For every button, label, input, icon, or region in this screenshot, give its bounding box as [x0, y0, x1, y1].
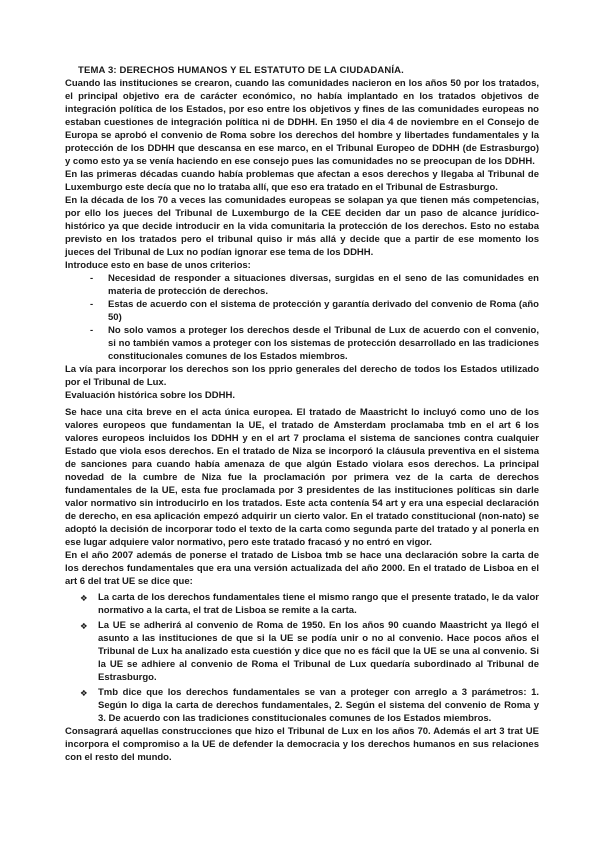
- list-item: ❖ La carta de los derechos fundamentales…: [65, 591, 539, 617]
- list-item-text: La UE se adherirá al convenio de Roma de…: [98, 620, 539, 683]
- diamond-bullet-icon: ❖: [80, 620, 88, 633]
- paragraph-via-incorporar: La vía para incorporar los derechos son …: [65, 363, 539, 389]
- list-item-text: Tmb dice que los derechos fundamentales …: [98, 687, 539, 724]
- list-item: - No solo vamos a proteger los derechos …: [65, 324, 539, 363]
- list-item-text: La carta de los derechos fundamentales t…: [98, 592, 539, 616]
- list-item: ❖ La UE se adherirá al convenio de Roma …: [65, 619, 539, 684]
- paragraph-treaties-history: Se hace una cita breve en el acta única …: [65, 406, 539, 549]
- dash-bullet-icon: -: [90, 272, 93, 285]
- diamond-bullet-icon: ❖: [80, 687, 88, 700]
- list-item-text: Estas de acuerdo con el sistema de prote…: [108, 299, 539, 323]
- list-item-text: No solo vamos a proteger los derechos de…: [108, 325, 539, 362]
- paragraph-consagrara: Consagrará aquellas construcciones que h…: [65, 725, 539, 764]
- dash-bullet-icon: -: [90, 298, 93, 311]
- paragraph-first-decades: En las primeras décadas cuando había pro…: [65, 168, 539, 194]
- paragraph-criteria-intro: Introduce esto en base de unos criterios…: [65, 259, 539, 272]
- criteria-dash-list: - Necesidad de responder a situaciones d…: [65, 272, 539, 363]
- list-item-text: Necesidad de responder a situaciones div…: [108, 273, 539, 297]
- list-item: - Necesidad de responder a situaciones d…: [65, 272, 539, 298]
- dash-bullet-icon: -: [90, 324, 93, 337]
- paragraph-decade-70s: En la década de los 70 a veces las comun…: [65, 194, 539, 259]
- lisbon-diamond-list: ❖ La carta de los derechos fundamentales…: [65, 591, 539, 725]
- paragraph-intro-communities: Cuando las instituciones se crearon, cua…: [65, 77, 539, 168]
- document-title: TEMA 3: DERECHOS HUMANOS Y EL ESTATUTO D…: [78, 64, 539, 77]
- list-item: - Estas de acuerdo con el sistema de pro…: [65, 298, 539, 324]
- diamond-bullet-icon: ❖: [80, 592, 88, 605]
- document-page: TEMA 3: DERECHOS HUMANOS Y EL ESTATUTO D…: [0, 0, 600, 848]
- list-item: ❖ Tmb dice que los derechos fundamentale…: [65, 686, 539, 725]
- subheading-evaluacion-historica: Evaluación histórica sobre los DDHH.: [65, 389, 539, 402]
- paragraph-lisbon-2007: En el año 2007 además de ponerse el trat…: [65, 549, 539, 588]
